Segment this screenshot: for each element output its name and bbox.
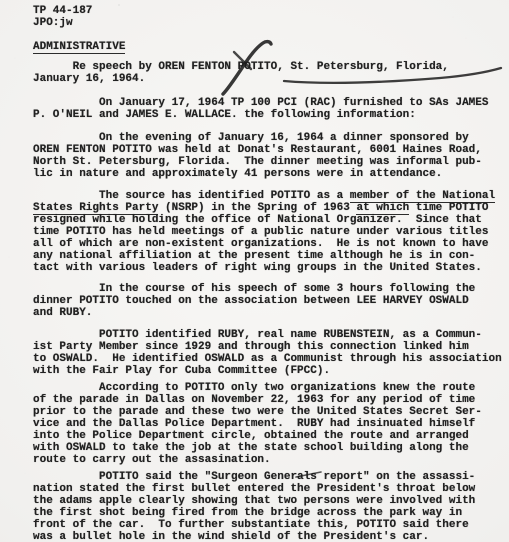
document-line: States Rights Party (NSRP) in the Spring… (33, 202, 509, 214)
document-line: front of the car. To further substantiat… (33, 519, 509, 531)
document-line: vice and the Dallas Police Department. R… (33, 418, 509, 430)
document-line: ist Party Member since 1929 and through … (33, 341, 509, 353)
document-line: the adams apple clearly showing that two… (33, 495, 509, 507)
document-line: the first shot being fired from the brid… (33, 507, 509, 519)
document-line: with the Fair Play for Cuba Committee (F… (33, 365, 509, 377)
document-line: January 16, 1964. (33, 73, 509, 85)
document-line: P. O'NEIL and JAMES E. WALLACE. the foll… (33, 109, 509, 121)
document-line: prior to the parade and these two were t… (33, 406, 509, 418)
document-line: OREN FENTON POTITO was held at Donat's R… (33, 144, 509, 156)
document-line: and RUBY. (33, 307, 509, 319)
document-line: into the Police Department circle, obtai… (33, 430, 509, 442)
document-line: North St. Petersburg, Florida. The dinne… (33, 156, 509, 168)
document-line: to OSWALD. He identified OSWALD as a Com… (33, 353, 509, 365)
document-line: nation stated the first bullet entered t… (33, 483, 509, 495)
scanned-document-page: TP 44-187JPO:jwADMINISTRATIVE Re speech … (0, 0, 509, 542)
document-line: of the parade in Dallas on November 22, … (33, 394, 509, 406)
document-line: POTITO said the "Surgeon Generals report… (33, 471, 509, 483)
document-line: On the evening of January 16, 1964 a din… (33, 132, 509, 144)
document-line: According to POTITO only two organizatio… (33, 382, 509, 394)
document-line: any national affiliation at the present … (33, 250, 509, 262)
paragraph-7: POTITO said the "Surgeon Generals report… (33, 471, 509, 542)
paragraph-3: The source has identified POTITO as a me… (33, 190, 509, 274)
document-line: lic in nature and approximately 41 perso… (33, 168, 509, 180)
document-line: In the course of his speech of some 3 ho… (33, 283, 509, 295)
document-line: route to carry out the assasination. (33, 454, 509, 466)
paragraph-5: POTITO identified RUBY, real name RUBENS… (33, 329, 509, 377)
paragraph-6: According to POTITO only two organizatio… (33, 382, 509, 466)
document-line: On January 17, 1964 TP 100 PCI (RAC) fur… (33, 97, 509, 109)
paragraph-2: On the evening of January 16, 1964 a din… (33, 132, 509, 180)
document-line: dinner POTITO touched on the association… (33, 295, 509, 307)
document-line: JPO:jw (33, 17, 509, 29)
document-line: TP 44-187 (33, 5, 509, 17)
re-subject: Re speech by OREN FENTON POTITO, St. Pet… (33, 61, 509, 85)
document-line: resigned while holding the office of Nat… (33, 214, 509, 226)
section-heading: ADMINISTRATIVE (33, 41, 509, 53)
file-header: TP 44-187JPO:jw (33, 5, 509, 29)
document-line: Re speech by OREN FENTON POTITO, St. Pet… (33, 61, 509, 73)
document-body: TP 44-187JPO:jwADMINISTRATIVE Re speech … (0, 0, 509, 542)
paragraph-4: In the course of his speech of some 3 ho… (33, 283, 509, 319)
document-line: time POTITO has held meetings of a publi… (33, 226, 509, 238)
document-line: The source has identified POTITO as a me… (33, 190, 509, 202)
document-line: all of which are non-existent organizati… (33, 238, 509, 250)
document-line: ADMINISTRATIVE (33, 41, 509, 53)
paragraph-1: On January 17, 1964 TP 100 PCI (RAC) fur… (33, 97, 509, 121)
document-line: was a bullet hole in the wind shield of … (33, 531, 509, 542)
document-line: with OSWALD to take the job at the state… (33, 442, 509, 454)
document-line: tact with various leaders of right wing … (33, 262, 509, 274)
document-line: POTITO identified RUBY, real name RUBENS… (33, 329, 509, 341)
